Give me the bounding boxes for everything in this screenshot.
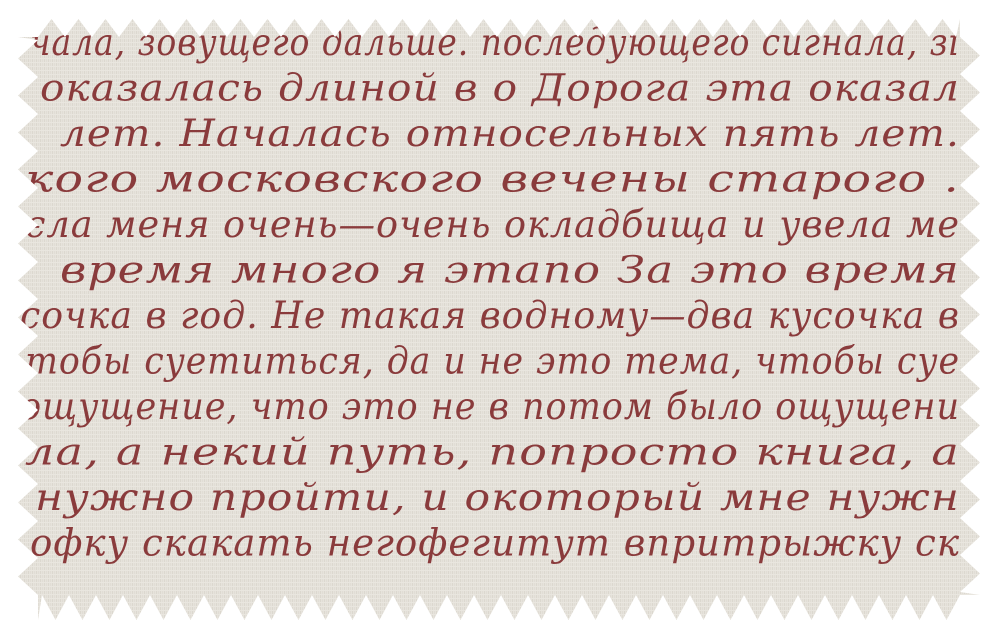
script-line: нужно пройти, и окоторый мне нужн — [35, 476, 960, 519]
script-line: офку скакать негофегитут впритрыжку ск — [30, 522, 960, 565]
fabric-swatch: чала, зовущего дальше. последующего сигн… — [0, 0, 1000, 632]
script-line: єла меня очень—очень окладбища и увела м… — [25, 203, 960, 246]
script-line: ла, а некий путь, попросто книга, а — [25, 431, 960, 474]
script-line: сочка в год. Не такая водному—два кусочк… — [20, 294, 960, 337]
script-line: лет. Началась отноcельных пять лет. — [60, 112, 960, 155]
script-line: ощущение, что это не в потом было ощущен… — [20, 385, 960, 428]
script-line: кого московского вечены старого . — [25, 158, 960, 201]
script-line: время много я этапо За это время — [60, 249, 960, 292]
fabric-swatch-stage: чала, зовущего дальше. последующего сигн… — [0, 0, 1000, 632]
script-line: тобы суетиться, да и не это тема, чтобы … — [25, 340, 960, 383]
script-line: чала, зовущего дальше. последующего сигн… — [30, 21, 960, 64]
script-line: оказалась длиной в о Дорога эта оказал — [40, 67, 960, 110]
